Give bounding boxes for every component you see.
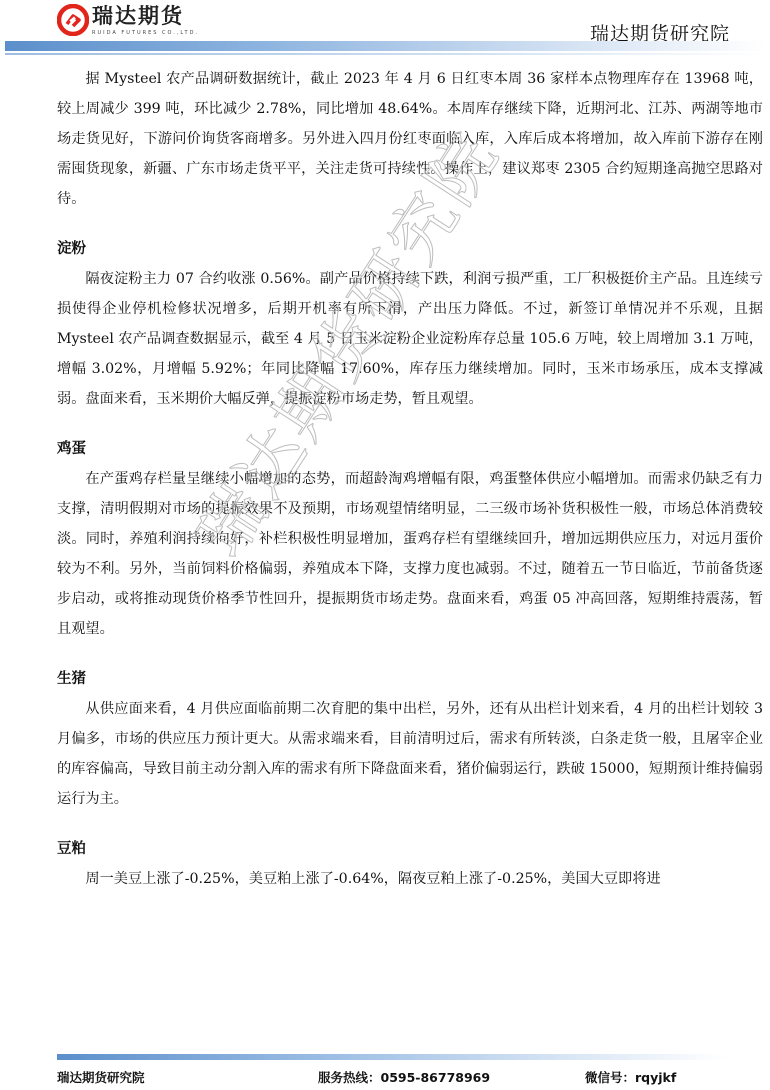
- section-paragraph-soymeal: 周一美豆上涨了-0.25%，美豆粕上涨了-0.64%，隔夜豆粕上涨了-0.25%…: [57, 864, 763, 894]
- section-paragraph-hog: 从供应面来看，4 月供应面临前期二次育肥的集中出栏，另外，还有从出栏计划来看，4…: [57, 694, 763, 814]
- header-divider: [5, 41, 765, 51]
- section-title-hog: 生猪: [57, 664, 763, 694]
- header-divider-thin: [5, 53, 765, 55]
- section-title-egg: 鸡蛋: [57, 434, 763, 464]
- section-paragraph-starch: 隔夜淀粉主力 07 合约收涨 0.56%。副产品价格持续下跌，利润亏损严重，工厂…: [57, 264, 763, 414]
- section-title-soymeal: 豆粕: [57, 834, 763, 864]
- footer-wechat: 微信号：rqyjkf: [585, 1068, 676, 1086]
- report-body: 据 Mysteel 农产品调研数据统计，截止 2023 年 4 月 6 日红枣本…: [57, 64, 763, 894]
- section-title-starch: 淀粉: [57, 234, 763, 264]
- section-paragraph-jujube: 据 Mysteel 农产品调研数据统计，截止 2023 年 4 月 6 日红枣本…: [57, 64, 763, 214]
- footer-hotline: 服务热线：0595-86778969: [318, 1068, 490, 1086]
- section-paragraph-egg: 在产蛋鸡存栏量呈继续小幅增加的态势，而超龄淘鸡增幅有限，鸡蛋整体供应小幅增加。而…: [57, 464, 763, 644]
- logo-english-name: RUIDA FUTURES CO.,LTD.: [92, 29, 199, 37]
- company-logo: 瑞达期货 RUIDA FUTURES CO.,LTD.: [57, 4, 199, 37]
- page-header: 瑞达期货 RUIDA FUTURES CO.,LTD. 瑞达期货研究院: [0, 0, 770, 58]
- logo-chinese-name: 瑞达期货: [92, 4, 199, 28]
- footer-divider: [57, 1054, 727, 1060]
- footer-org: 瑞达期货研究院: [57, 1068, 145, 1086]
- ruida-logo-icon: [57, 4, 89, 36]
